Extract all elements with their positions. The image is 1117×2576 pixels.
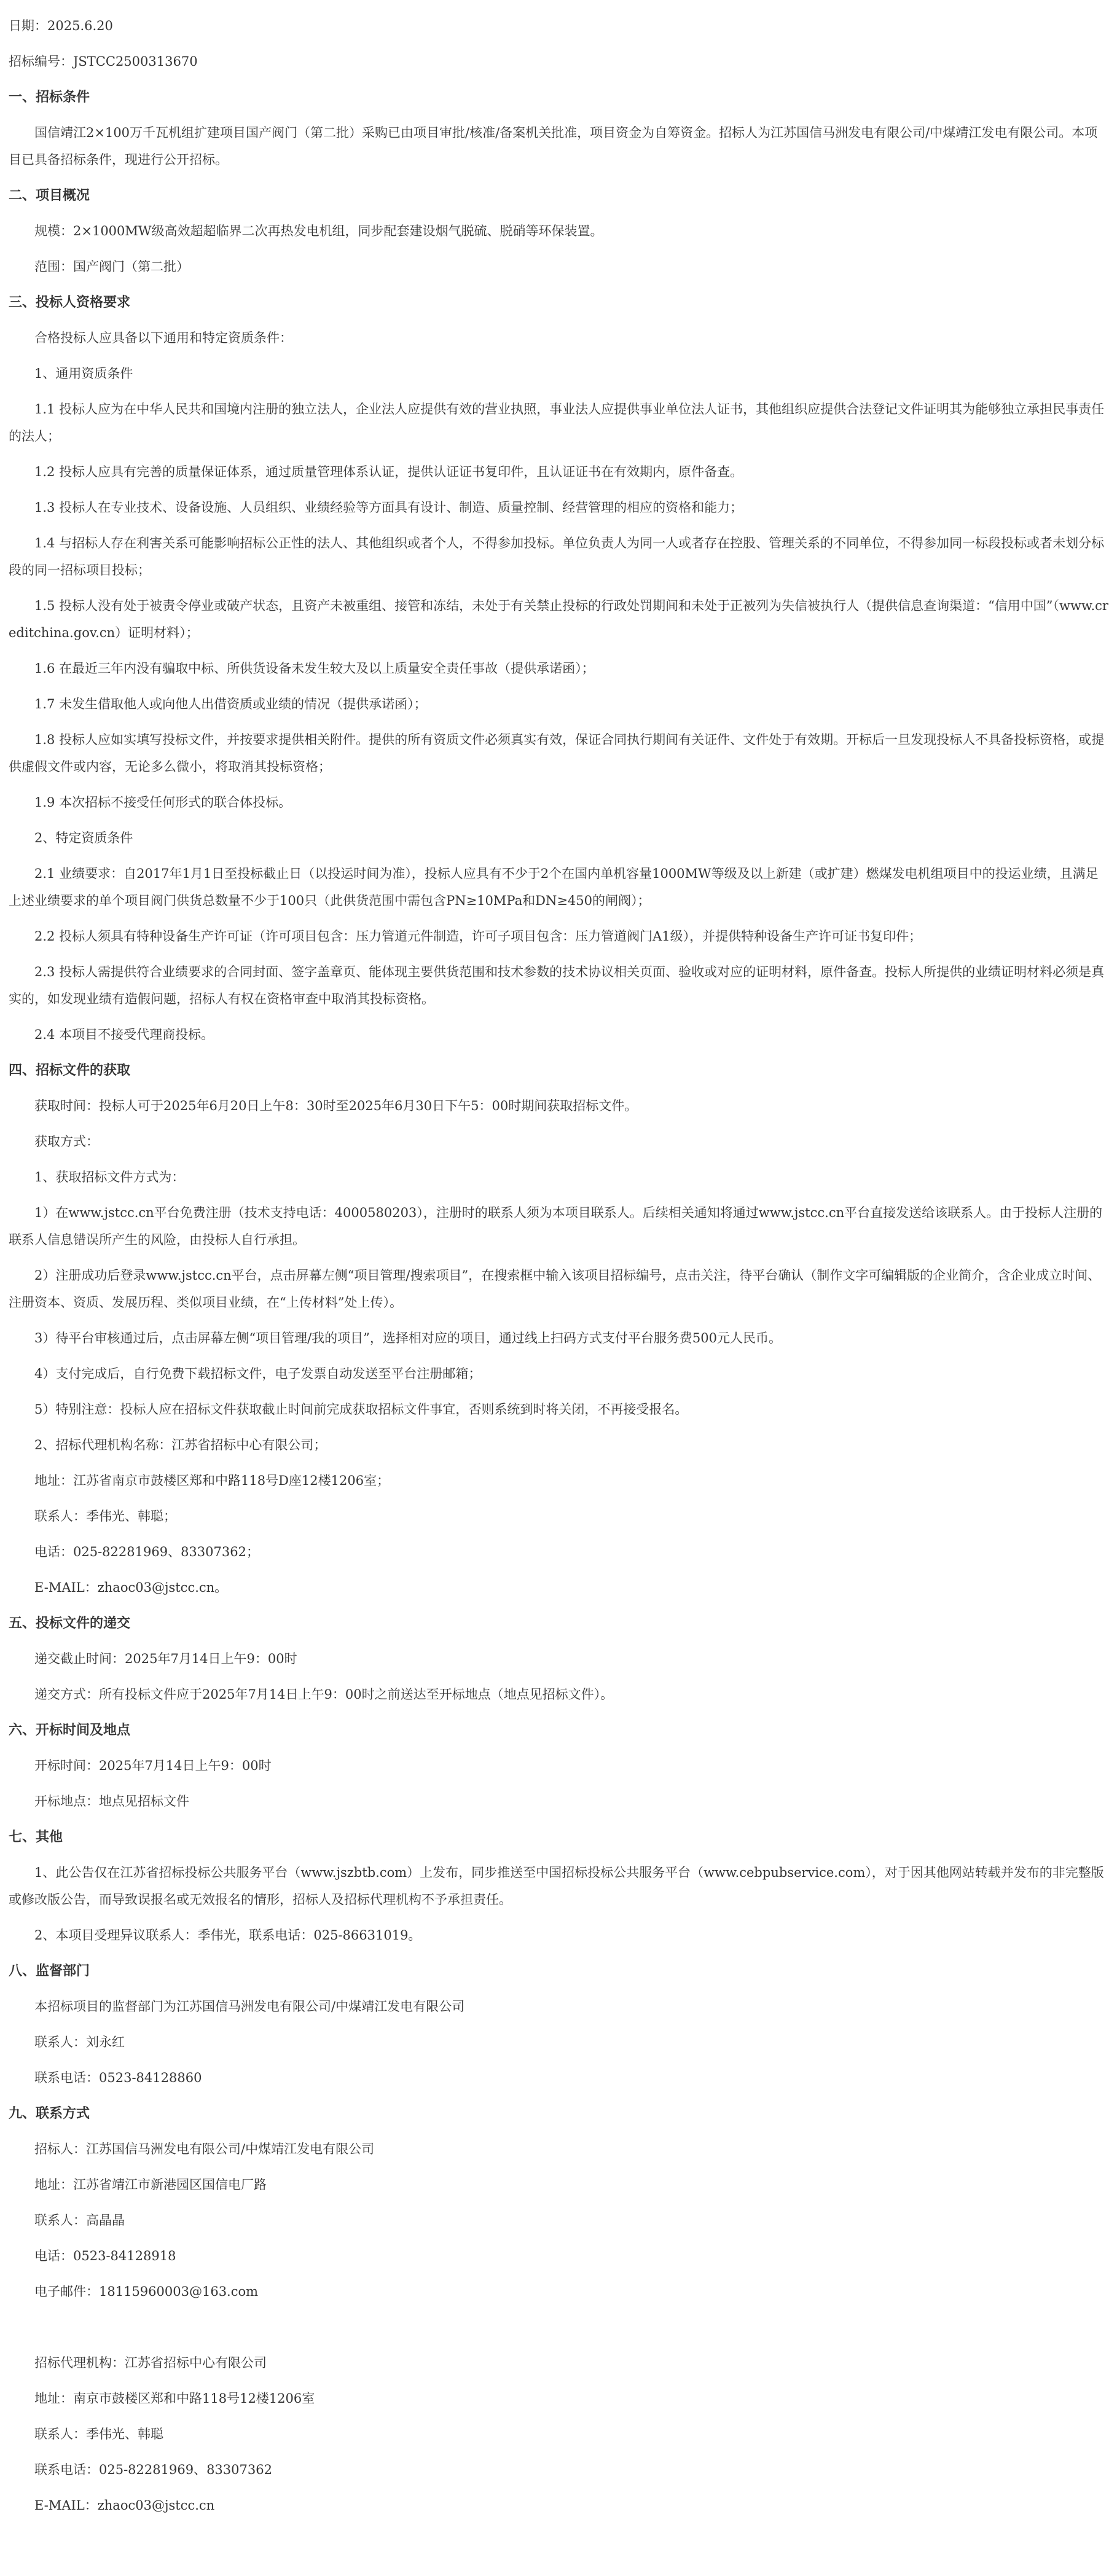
supervision-phone: 联系电话：0523-84128860 (9, 2064, 1110, 2091)
tenderer-name: 招标人：江苏国信马洲发电有限公司/中煤靖江发电有限公司 (9, 2136, 1110, 2163)
specific-qualification-item: 2.2 投标人须具有特种设备生产许可证（许可项目包含：压力管道元件制造，许可子项… (9, 923, 1110, 950)
project-scope: 范围：国产阀门（第二批） (9, 253, 1110, 280)
general-qualifications-title: 1、通用资质条件 (9, 360, 1110, 387)
agency-email: E-MAIL：zhaoc03@jstcc.cn。 (9, 1574, 1110, 1601)
qualifications-intro: 合格投标人应具备以下通用和特定资质条件： (9, 324, 1110, 351)
supervision-dept: 本招标项目的监督部门为江苏国信马洲发电有限公司/中煤靖江发电有限公司 (9, 1993, 1110, 2020)
general-qualification-item: 1.6 在最近三年内没有骗取中标、所供货设备未发生较大及以上质量安全责任事故（提… (9, 655, 1110, 682)
general-qualification-item: 1.4 与招标人存在利害关系可能影响招标公正性的法人、其他组织或者个人，不得参加… (9, 530, 1110, 584)
contact-agency-contact: 联系人：季伟光、韩聪 (9, 2421, 1110, 2448)
section-title-supervision: 八、监督部门 (9, 1957, 1110, 1984)
section-title-bidder-qualifications: 三、投标人资格要求 (9, 289, 1110, 316)
specific-qualification-item: 2.3 投标人需提供符合业绩要求的合同封面、签字盖章页、能体现主要供货范围和技术… (9, 958, 1110, 1012)
contact-agency-address: 地址：南京市鼓楼区郑和中路118号12楼1206室 (9, 2385, 1110, 2412)
obtain-method-label: 获取方式： (9, 1128, 1110, 1155)
agency-contact: 联系人：季伟光、韩聪； (9, 1503, 1110, 1530)
tenderer-address: 地址：江苏省靖江市新港园区国信电厂路 (9, 2171, 1110, 2198)
obtain-step: 3）待平台审核通过后，点击屏幕左侧“项目管理/我的项目”，选择相对应的项目，通过… (9, 1325, 1110, 1352)
agency-address: 地址：江苏省南京市鼓楼区郑和中路118号D座12楼1206室； (9, 1467, 1110, 1494)
submission-deadline: 递交截止时间：2025年7月14日上午9：00时 (9, 1645, 1110, 1672)
specific-qualification-item: 2.1 业绩要求：自2017年1月1日至投标截止日（以投运时间为准），投标人应具… (9, 860, 1110, 914)
tenderer-phone: 电话：0523-84128918 (9, 2242, 1110, 2269)
tender-conditions-text: 国信靖江2×100万千瓦机组扩建项目国产阀门（第二批）采购已由项目审批/核准/备… (9, 119, 1110, 173)
general-qualification-item: 1.2 投标人应具有完善的质量保证体系，通过质量管理体系认证，提供认证证书复印件… (9, 458, 1110, 485)
general-qualification-item: 1.9 本次招标不接受任何形式的联合体投标。 (9, 789, 1110, 816)
section-title-other: 七、其他 (9, 1823, 1110, 1850)
contact-agency-name: 招标代理机构：江苏省招标中心有限公司 (9, 2349, 1110, 2376)
obtain-step: 1）在www.jstcc.cn平台免费注册（技术支持电话：4000580203）… (9, 1199, 1110, 1253)
tenderer-contact: 联系人：高晶晶 (9, 2207, 1110, 2234)
section-title-project-overview: 二、项目概况 (9, 182, 1110, 209)
general-qualification-item: 1.8 投标人应如实填写投标文件，并按要求提供相关附件。提供的所有资质文件必须真… (9, 726, 1110, 780)
spacer (9, 2314, 1110, 2349)
opening-time: 开标时间：2025年7月14日上午9：00时 (9, 1752, 1110, 1779)
project-scale: 规模：2×1000MW级高效超超临界二次再热发电机组，同步配套建设烟气脱硫、脱硝… (9, 217, 1110, 245)
agency-phone: 电话：025-82281969、83307362； (9, 1538, 1110, 1565)
general-qualification-item: 1.5 投标人没有处于被责令停业或破产状态，且资产未被重组、接管和冻结，未处于有… (9, 592, 1110, 646)
agency-name: 2、招标代理机构名称：江苏省招标中心有限公司； (9, 1431, 1110, 1458)
other-item: 2、本项目受理异议联系人：季伟光，联系电话：025-86631019。 (9, 1922, 1110, 1949)
opening-place: 开标地点：地点见招标文件 (9, 1788, 1110, 1815)
obtain-step: 5）特别注意：投标人应在招标文件获取截止时间前完成获取招标文件事宜，否则系统到时… (9, 1396, 1110, 1423)
general-qualification-item: 1.7 未发生借取他人或向他人出借资质或业绩的情况（提供承诺函）； (9, 691, 1110, 718)
obtain-time: 获取时间：投标人可于2025年6月20日上午8：30时至2025年6月30日下午… (9, 1092, 1110, 1119)
bid-number: 招标编号：JSTCC2500313670 (9, 48, 1110, 75)
tender-announcement: 日期：2025.6.20 招标编号：JSTCC2500313670 一、招标条件… (0, 0, 1117, 2564)
section-title-tender-conditions: 一、招标条件 (9, 84, 1110, 111)
general-qualification-item: 1.3 投标人在专业技术、设备设施、人员组织、业绩经验等方面具有设计、制造、质量… (9, 494, 1110, 521)
contact-agency-email: E-MAIL：zhaoc03@jstcc.cn (9, 2492, 1110, 2519)
general-qualification-item: 1.1 投标人应为在中华人民共和国境内注册的独立法人，企业法人应提供有效的营业执… (9, 396, 1110, 450)
section-title-obtain-documents: 四、招标文件的获取 (9, 1057, 1110, 1084)
section-title-submission: 五、投标文件的递交 (9, 1610, 1110, 1637)
obtain-method-title: 1、获取招标文件方式为： (9, 1164, 1110, 1191)
specific-qualification-item: 2.4 本项目不接受代理商投标。 (9, 1021, 1110, 1048)
obtain-step: 2）注册成功后登录www.jstcc.cn平台，点击屏幕左侧“项目管理/搜索项目… (9, 1262, 1110, 1316)
contact-agency-phone: 联系电话：025-82281969、83307362 (9, 2456, 1110, 2483)
obtain-step: 4）支付完成后，自行免费下载招标文件，电子发票自动发送至平台注册邮箱； (9, 1360, 1110, 1387)
specific-qualifications-title: 2、特定资质条件 (9, 824, 1110, 851)
section-title-opening: 六、开标时间及地点 (9, 1717, 1110, 1744)
tenderer-email: 电子邮件：18115960003@163.com (9, 2278, 1110, 2305)
other-item: 1、此公告仅在江苏省招标投标公共服务平台（www.jszbtb.com）上发布，… (9, 1859, 1110, 1913)
submission-method: 递交方式：所有投标文件应于2025年7月14日上午9：00时之前送达至开标地点（… (9, 1681, 1110, 1708)
announcement-date: 日期：2025.6.20 (9, 12, 1110, 39)
supervision-contact: 联系人：刘永红 (9, 2029, 1110, 2056)
section-title-contact: 九、联系方式 (9, 2100, 1110, 2127)
